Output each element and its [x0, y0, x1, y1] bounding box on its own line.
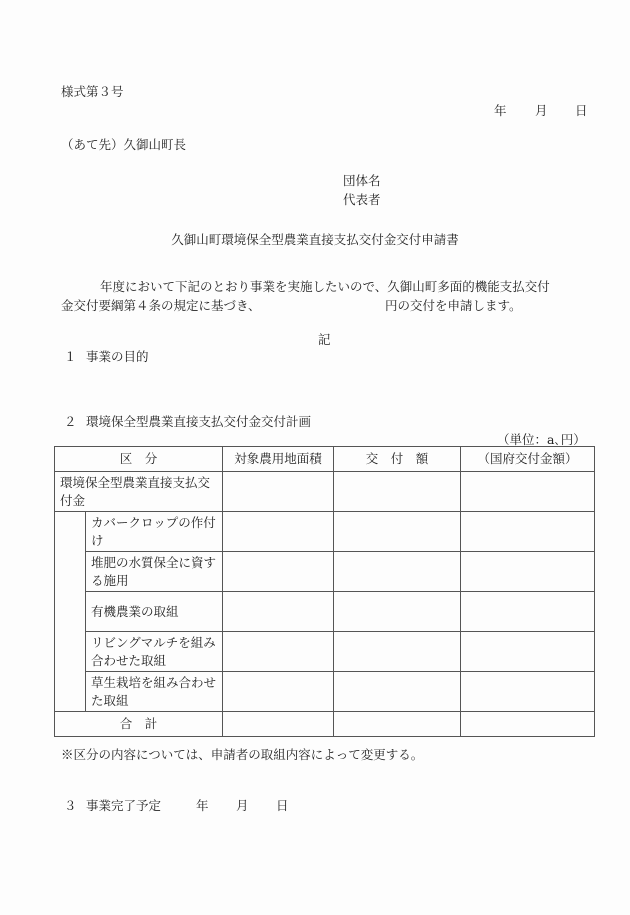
form-number: 様式第３号	[61, 82, 124, 100]
section-2-number: ２	[64, 412, 77, 430]
section-2-label: 環境保全型農業直接支払交付金交付計画	[86, 412, 311, 430]
table-header-row: 区 分 対象農用地面積 交 付 額 （国府交付金額）	[55, 447, 595, 472]
completion-month: 月	[236, 796, 249, 814]
indent-cell	[55, 632, 86, 672]
header-category: 区 分	[55, 447, 223, 472]
completion-day: 日	[276, 796, 289, 814]
row-main-label: 環境保全型農業直接支払交付金	[55, 472, 223, 512]
ki-heading: 記	[318, 330, 331, 348]
cell-national[interactable]	[461, 472, 595, 512]
indent-cell	[55, 552, 86, 592]
table-total-row: 合 計	[55, 712, 595, 737]
row-label: リビングマルチを組み合わせた取組	[86, 632, 223, 672]
cell-amount[interactable]	[334, 672, 461, 712]
cell-area[interactable]	[223, 552, 334, 592]
total-label: 合 計	[55, 712, 223, 737]
cell-total-area[interactable]	[223, 712, 334, 737]
cell-amount[interactable]	[334, 632, 461, 672]
date-day: 日	[575, 101, 588, 119]
body-line-1: 年度において下記のとおり事業を実施したいので、久御山町多面的機能支払交付	[100, 277, 550, 295]
completion-year: 年	[196, 796, 209, 814]
section-1-label: 事業の目的	[86, 347, 149, 365]
table-row: カバークロップの作付け	[55, 512, 595, 552]
header-national-amount: （国府交付金額）	[461, 447, 595, 472]
cell-amount[interactable]	[334, 592, 461, 632]
cell-national[interactable]	[461, 512, 595, 552]
body-line-2b: 円の交付を申請します。	[385, 296, 522, 314]
cell-area[interactable]	[223, 512, 334, 552]
cell-area[interactable]	[223, 632, 334, 672]
cell-area[interactable]	[223, 592, 334, 632]
section-1-number: １	[64, 347, 77, 365]
org-name-label: 団体名	[343, 171, 381, 189]
table-row: 有機農業の取組	[55, 592, 595, 632]
cell-total-amount[interactable]	[334, 712, 461, 737]
indent-cell	[55, 512, 86, 552]
cell-amount[interactable]	[334, 512, 461, 552]
table-note: ※区分の内容については、申請者の取組内容によって変更する。	[61, 745, 423, 763]
representative-label: 代表者	[343, 190, 381, 208]
table-row-main: 環境保全型農業直接支払交付金	[55, 472, 595, 512]
cell-amount[interactable]	[334, 552, 461, 592]
cell-national[interactable]	[461, 672, 595, 712]
indent-cell	[55, 672, 86, 712]
date-month: 月	[535, 101, 548, 119]
indent-cell	[55, 592, 86, 632]
table-row: リビングマルチを組み合わせた取組	[55, 632, 595, 672]
cell-national[interactable]	[461, 632, 595, 672]
cell-amount[interactable]	[334, 472, 461, 512]
addressee: （あて先）久御山町長	[61, 135, 186, 153]
table-row: 堆肥の水質保全に資する施用	[55, 552, 595, 592]
grant-plan-table: 区 分 対象農用地面積 交 付 額 （国府交付金額） 環境保全型農業直接支払交付…	[54, 446, 595, 737]
cell-national[interactable]	[461, 552, 595, 592]
section-3-number: ３	[64, 796, 77, 814]
document-title: 久御山町環境保全型農業直接支払交付金交付申請書	[0, 230, 630, 248]
row-label: 堆肥の水質保全に資する施用	[86, 552, 223, 592]
cell-national[interactable]	[461, 592, 595, 632]
section-3-label: 事業完了予定	[86, 796, 161, 814]
header-amount: 交 付 額	[334, 447, 461, 472]
row-label: 有機農業の取組	[86, 592, 223, 632]
table-row: 草生栽培を組み合わせた取組	[55, 672, 595, 712]
row-label: 草生栽培を組み合わせた取組	[86, 672, 223, 712]
cell-area[interactable]	[223, 672, 334, 712]
date-year: 年	[494, 101, 507, 119]
body-line-2a: 金交付要綱第４条の規定に基づき、	[61, 296, 261, 314]
cell-area[interactable]	[223, 472, 334, 512]
row-label: カバークロップの作付け	[86, 512, 223, 552]
header-area: 対象農用地面積	[223, 447, 334, 472]
cell-total-national[interactable]	[461, 712, 595, 737]
